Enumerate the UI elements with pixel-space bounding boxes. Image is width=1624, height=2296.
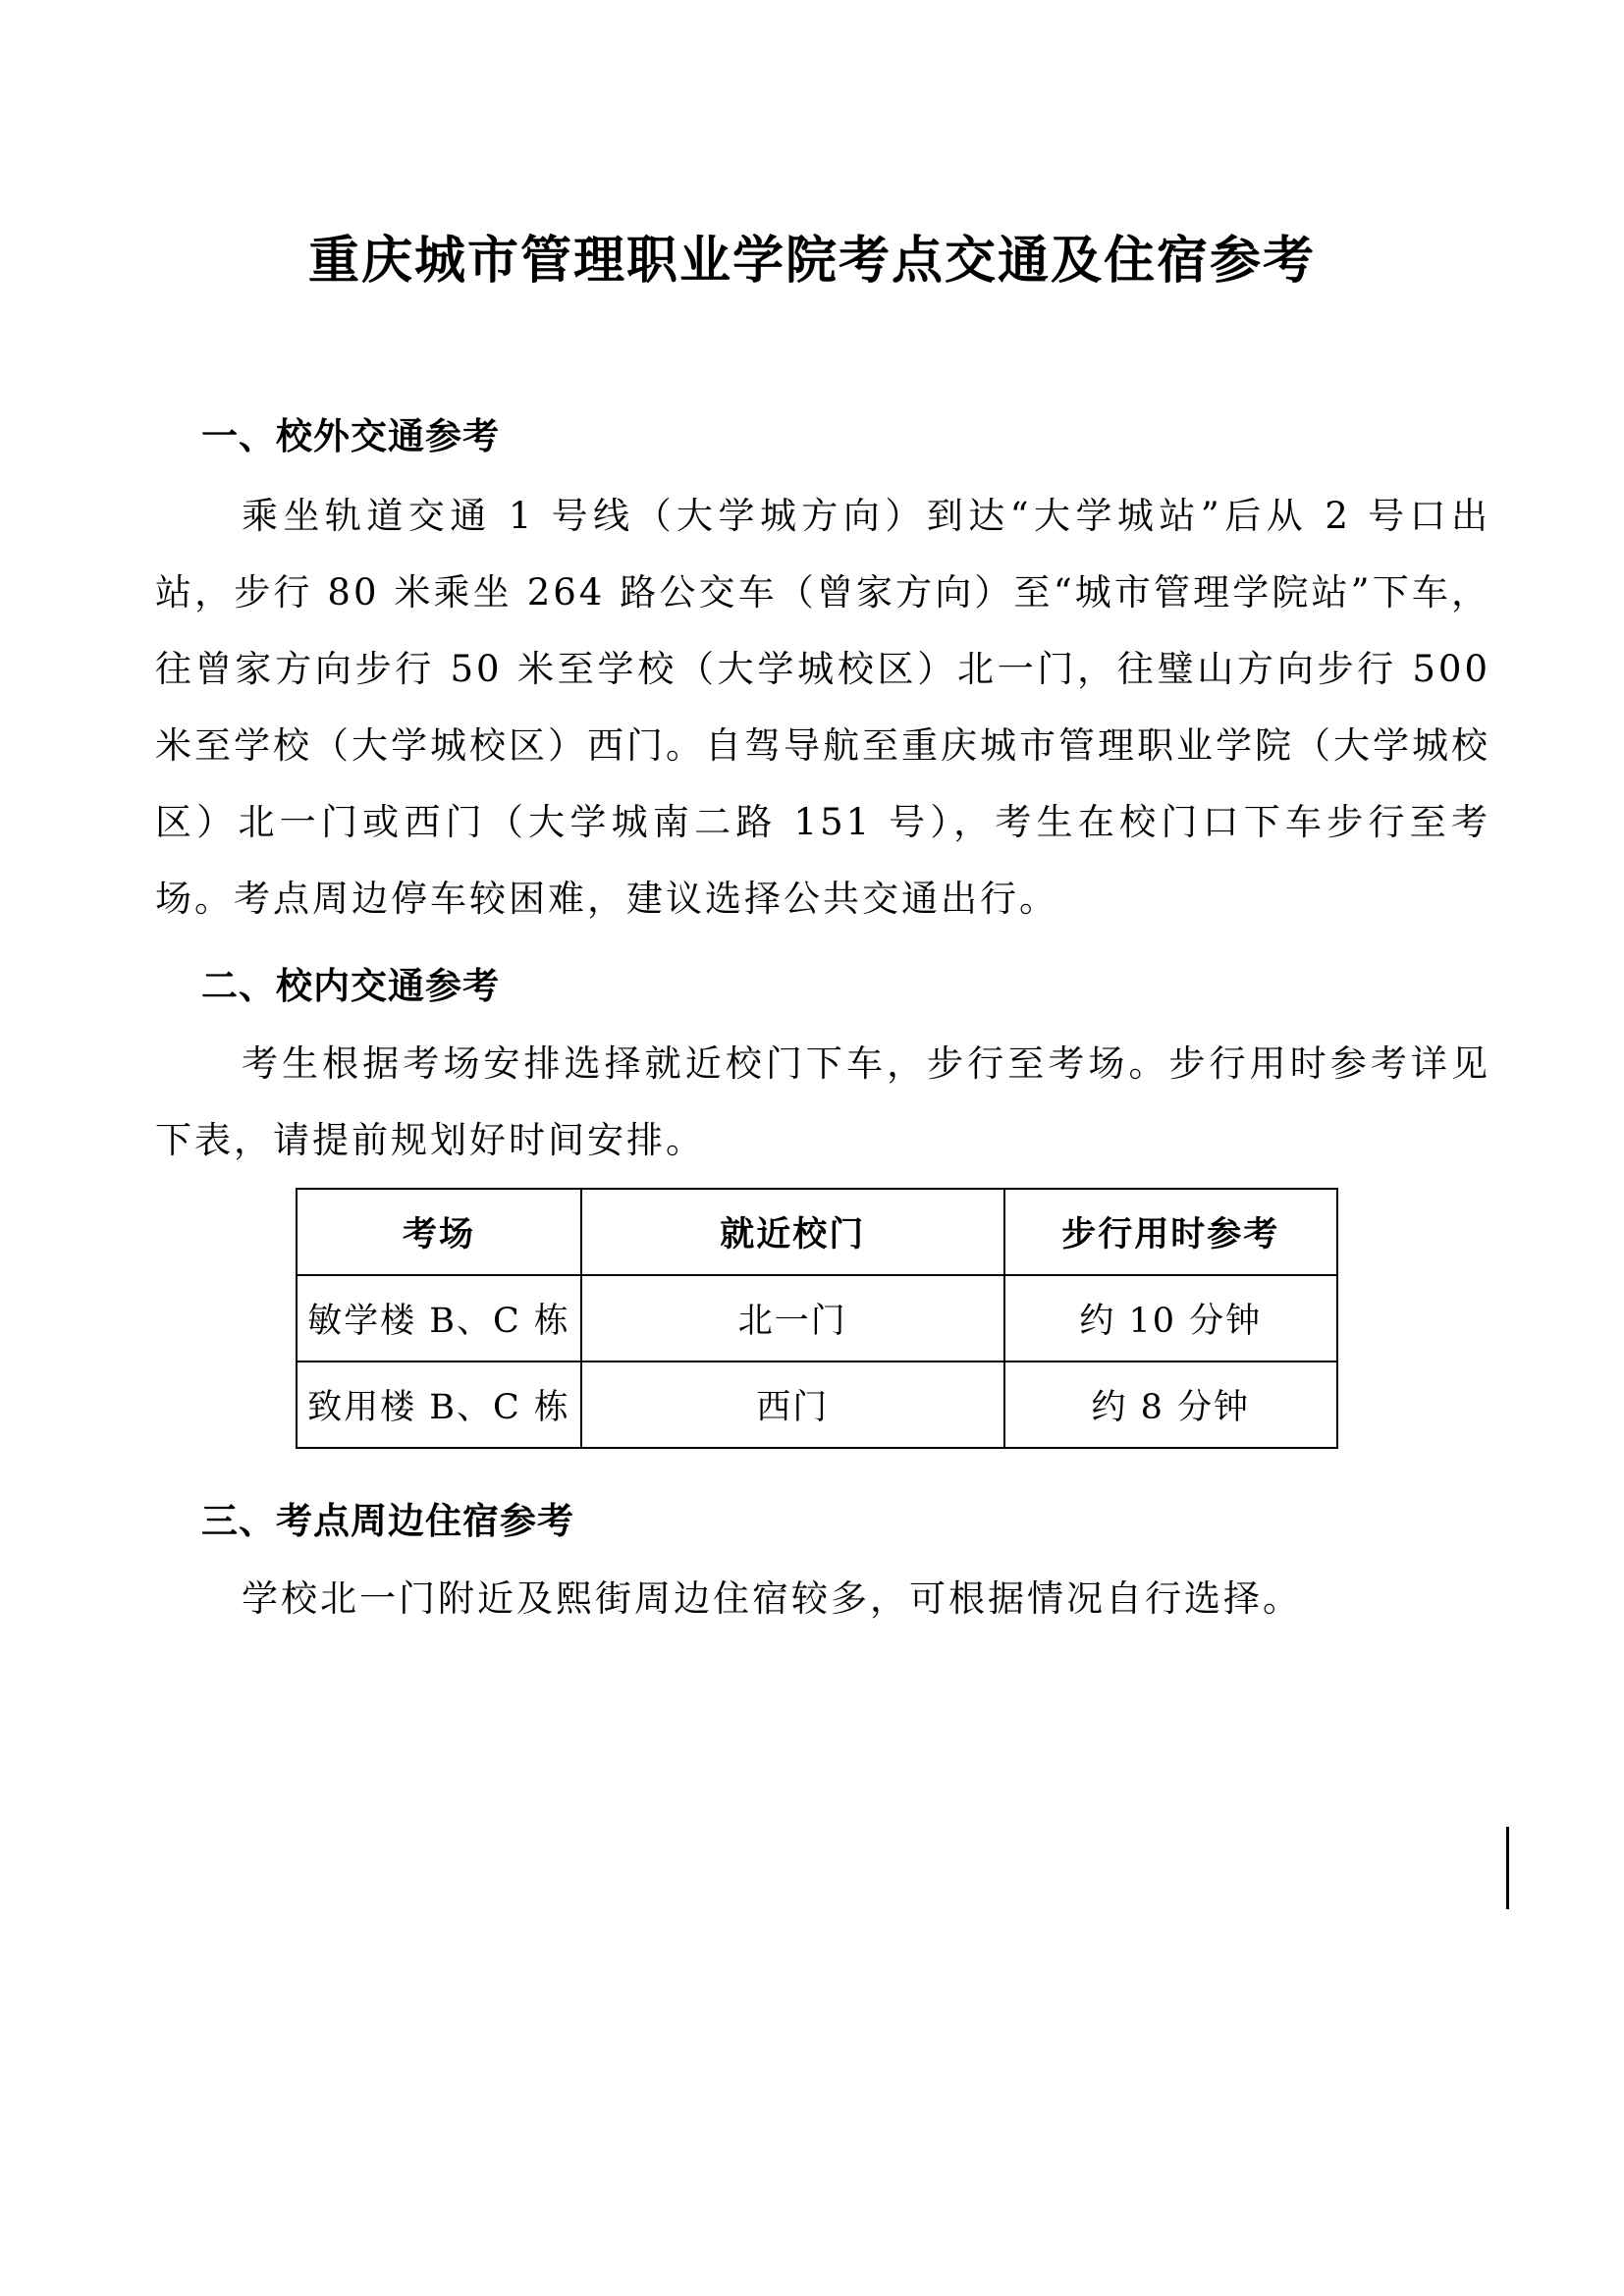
table-cell-walking-time: 约 10 分钟 — [1004, 1275, 1337, 1362]
table-header-row: 考场 就近校门 步行用时参考 — [297, 1189, 1337, 1275]
table-row: 致用楼 B、C 栋 西门 约 8 分钟 — [297, 1362, 1337, 1448]
table-cell-nearest-gate: 西门 — [581, 1362, 1004, 1448]
table-header-walking-time: 步行用时参考 — [1004, 1189, 1337, 1275]
walking-time-table: 考场 就近校门 步行用时参考 敏学楼 B、C 栋 北一门 约 10 分钟 致用楼… — [296, 1188, 1338, 1449]
section-heading-off-campus-transport: 一、校外交通参考 — [201, 412, 500, 461]
table-cell-nearest-gate: 北一门 — [581, 1275, 1004, 1362]
table-cell-exam-room: 敏学楼 B、C 栋 — [297, 1275, 581, 1362]
table-header-exam-room: 考场 — [297, 1189, 581, 1275]
table-row: 敏学楼 B、C 栋 北一门 约 10 分钟 — [297, 1275, 1337, 1362]
table-cell-walking-time: 约 8 分钟 — [1004, 1362, 1337, 1448]
section-heading-accommodation: 三、考点周边住宿参考 — [201, 1497, 574, 1546]
table-cell-exam-room: 致用楼 B、C 栋 — [297, 1362, 581, 1448]
on-campus-transport-paragraph: 考生根据考场安排选择就近校门下车，步行至考场。步行用时参考详见下表，请提前规划好… — [155, 1026, 1490, 1179]
off-campus-transport-paragraph: 乘坐轨道交通 1 号线（大学城方向）到达“大学城站”后从 2 号口出站，步行 8… — [155, 478, 1490, 937]
page-title: 重庆城市管理职业学院考点交通及住宿参考 — [0, 227, 1624, 295]
accommodation-paragraph: 学校北一门附近及熙街周边住宿较多，可根据情况自行选择。 — [155, 1561, 1490, 1637]
margin-vertical-line — [1506, 1827, 1509, 1909]
section-heading-on-campus-transport: 二、校内交通参考 — [201, 962, 500, 1011]
table-header-nearest-gate: 就近校门 — [581, 1189, 1004, 1275]
